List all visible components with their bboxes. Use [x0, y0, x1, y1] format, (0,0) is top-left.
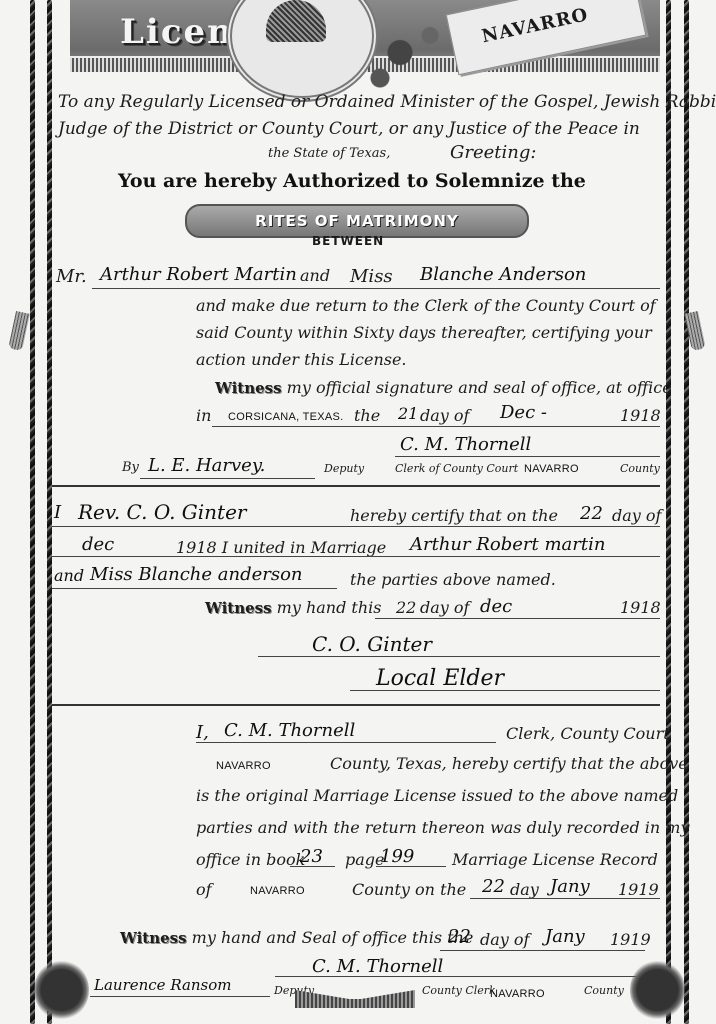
issue-month: Dec - [500, 402, 547, 423]
officiant-name: Rev. C. O. Ginter [78, 500, 246, 524]
bride-underline [52, 588, 337, 589]
page-underline [376, 866, 446, 867]
return-line-3: action under this License. [196, 350, 407, 369]
officiant-underline [52, 526, 660, 527]
witness-word: Witness [120, 929, 187, 947]
recording-deputy-signature: Laurence Ransom [94, 976, 232, 994]
recording-clerk-underline [196, 742, 496, 743]
marriage-month: dec [82, 534, 114, 555]
county-on-label: County on the [352, 880, 466, 899]
parties-text: the parties above named. [350, 570, 556, 589]
recording-witness-text: my hand and Seal of office this the [192, 928, 474, 947]
bride-name: Blanche Anderson [420, 264, 586, 285]
certify-text: hereby certify that on the [350, 506, 558, 525]
certificate-and: and [54, 566, 84, 585]
certificate-witness-month: dec [480, 596, 512, 617]
rites-of-matrimony-text: RITES OF MATRIMONY [255, 212, 459, 230]
issue-place: CORSICANA, TEXAS. [228, 411, 344, 423]
recording-witness-month: Jany [545, 926, 585, 947]
license-county: NAVARRO [524, 463, 579, 475]
recording-deputy-line [90, 996, 270, 997]
day-of-label: day of [420, 406, 469, 425]
recording-line-3: parties and with the return thereon was … [196, 818, 690, 837]
clerk-signature: C. M. Thornell [400, 434, 531, 455]
authorization-heading: You are hereby Authorized to Solemnize t… [118, 170, 586, 192]
county-label: County [620, 462, 660, 475]
left-outer-rope-border [30, 0, 35, 1024]
certificate-bride: Miss Blanche anderson [90, 564, 303, 585]
certificate-groom: Arthur Robert martin [410, 534, 605, 555]
by-label: By [122, 460, 139, 475]
certificate-witness-underline [375, 618, 660, 619]
of-label: of [196, 880, 212, 899]
left-inner-rope-border [47, 0, 52, 1024]
book-underline [290, 866, 335, 867]
section-divider-1 [52, 485, 660, 487]
recording-line-2: is the original Marriage License issued … [196, 786, 678, 805]
recording-witness-day-of: day of [480, 930, 529, 949]
issue-year: 1918 [620, 406, 661, 425]
recording-witness-line: Witness my hand and Seal of office this … [120, 928, 473, 947]
county-banner-text: NAVARRO [480, 4, 590, 47]
certificate-witness-day: 22 [396, 598, 416, 617]
office-in-book-label: office in book [196, 850, 305, 869]
recording-clerk-signature: C. M. Thornell [312, 956, 443, 977]
the-label: the [354, 406, 380, 425]
officiant-title-line [350, 690, 660, 691]
issue-day: 21 [398, 404, 418, 423]
certificate-witness-text: my hand this [277, 598, 382, 617]
officiant-title: Local Elder [376, 666, 504, 691]
officiant-signature-line [258, 656, 660, 657]
recording-day-label: day [510, 880, 539, 899]
mr-label: Mr. [56, 266, 87, 287]
recording-month: Jany [550, 876, 590, 897]
address-line-1: To any Regularly Licensed or Ordained Mi… [58, 92, 716, 112]
marriage-day-of: day of [612, 506, 661, 525]
address-line-2: Judge of the District or County Court, o… [58, 119, 640, 139]
groom-underline [52, 556, 660, 557]
right-inner-rope-border [666, 0, 671, 1024]
return-line-1: and make due return to the Clerk of the … [196, 296, 656, 315]
recording-clerk-title: Clerk, County Court [506, 724, 670, 743]
groom-name: Arthur Robert Martin [100, 264, 297, 285]
certificate-witness-line: Witness my hand this [205, 598, 382, 617]
page-number: 199 [380, 846, 414, 867]
right-corner-ornament-icon [630, 960, 685, 1020]
recording-witness-underline [440, 950, 645, 951]
parties-underline [92, 288, 660, 289]
witness-word: Witness [205, 599, 272, 617]
book-number: 23 [300, 846, 323, 867]
witness-word: Witness [215, 379, 282, 397]
license-witness-text: my official signature and seal of office… [287, 378, 672, 397]
greeting: Greeting: [450, 142, 536, 163]
rose-ornament-icon [360, 10, 460, 95]
miss-label: Miss [350, 266, 393, 287]
deputy-signature-line [140, 478, 315, 479]
marriage-license-document: License. NAVARRO To any Regularly Licens… [0, 0, 716, 1024]
recording-clerk-signature-line [275, 976, 645, 977]
certificate-witness-day-of: day of [420, 598, 469, 617]
return-line-2: said County within Sixty days thereafter… [196, 323, 652, 342]
and-label: and [300, 266, 330, 285]
deputy-label: Deputy [324, 462, 364, 475]
recording-county-3: NAVARRO [490, 988, 545, 1000]
certificate-i-label: I [54, 502, 61, 523]
right-outer-rope-border [684, 0, 689, 1024]
address-line-3: the State of Texas, [268, 146, 390, 161]
issue-date-underline [212, 426, 660, 427]
recording-witness-day: 22 [448, 926, 471, 947]
clerk-signature-line [395, 456, 660, 457]
recording-county: NAVARRO [216, 760, 271, 772]
license-witness-line: Witness my official signature and seal o… [215, 378, 672, 397]
in-label: in [196, 406, 211, 425]
between-label: BETWEEN [312, 234, 384, 248]
recording-date-underline [470, 898, 660, 899]
recording-county-2: NAVARRO [250, 885, 305, 897]
recording-year: 1919 [618, 880, 659, 899]
marriage-day: 22 [580, 503, 603, 524]
recording-county-label: County [584, 984, 624, 997]
recording-i-label: I, [196, 722, 209, 743]
officiant-signature: C. O. Ginter [312, 632, 432, 656]
left-corner-ornament-icon [34, 960, 89, 1020]
county-clerk-label: County Clerk [422, 984, 496, 997]
recording-witness-year: 1919 [610, 930, 651, 949]
recording-day: 22 [482, 876, 505, 897]
clerk-title: Clerk of County Court [395, 462, 518, 475]
left-tassel-icon [8, 311, 30, 351]
rites-of-matrimony-banner: RITES OF MATRIMONY [185, 204, 529, 238]
marriage-year-text: 1918 I united in Marriage [176, 538, 386, 557]
section-divider-2 [52, 704, 660, 706]
record-label: Marriage License Record [452, 850, 658, 869]
certificate-witness-year: 1918 [620, 598, 661, 617]
recording-clerk: C. M. Thornell [224, 720, 355, 741]
recording-certify-text: County, Texas, hereby certify that the a… [330, 754, 688, 773]
deputy-signature: L. E. Harvey. [148, 455, 265, 476]
